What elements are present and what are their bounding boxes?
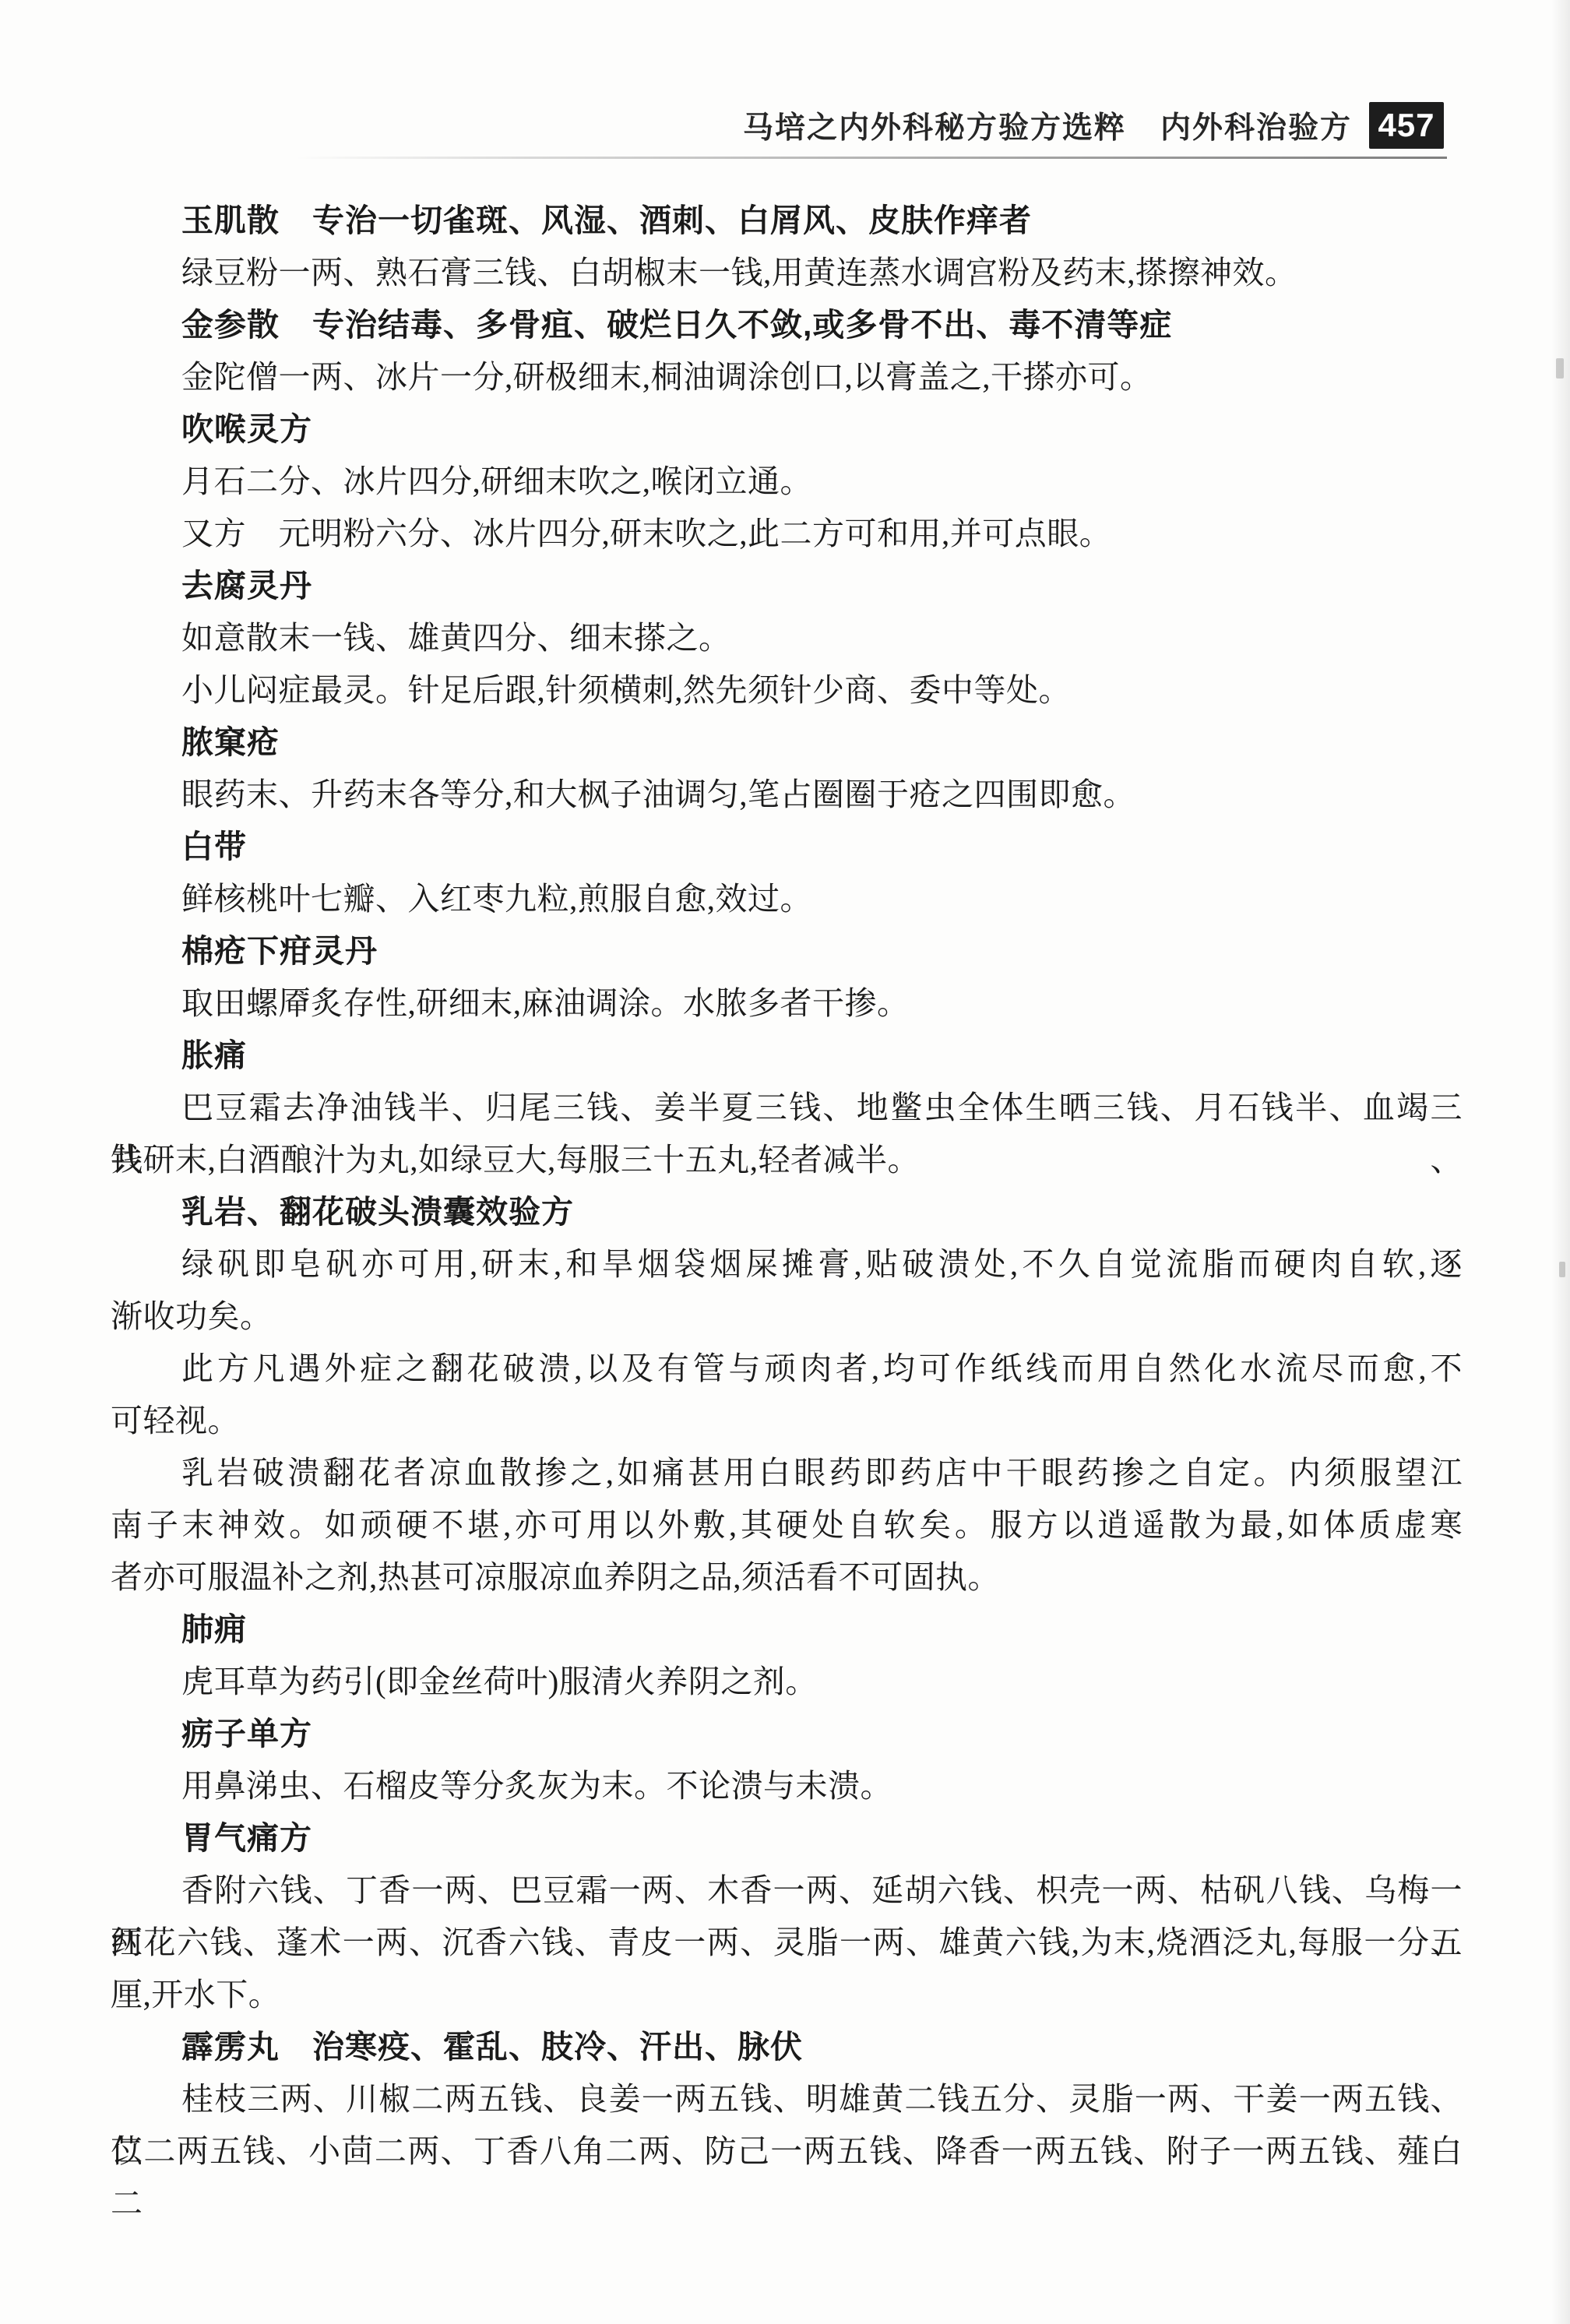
recipe-heading: 乳岩、翻花破头溃囊效验方 bbox=[111, 1186, 1463, 1238]
recipe-heading: 金参散 专治结毒、多骨疽、破烂日久不敛,或多骨不出、毒不清等症 bbox=[111, 299, 1463, 351]
body-text-line: 月石二分、冰片四分,研细末吹之,喉闭立通。 bbox=[111, 456, 1463, 508]
body-text-line: 巴豆霜去净油钱半、归尾三钱、姜半夏三钱、地鳖虫全体生晒三钱、月石钱半、血竭三钱、 bbox=[111, 1082, 1463, 1134]
book-title: 马培之内外科秘方验方选粹 bbox=[743, 104, 1126, 147]
body-text-line: 绿豆粉一两、熟石膏三钱、白胡椒末一钱,用黄连蒸水调宫粉及药末,搽擦神效。 bbox=[111, 247, 1463, 299]
body-text-line: 可轻视。 bbox=[111, 1395, 1463, 1447]
recipe-heading: 玉肌散 专治一切雀斑、风湿、酒刺、白屑风、皮肤作痒者 bbox=[111, 195, 1463, 247]
page-number-badge: 457 bbox=[1369, 102, 1444, 149]
body-text-line: 取田螺厣炙存性,研细末,麻油调涂。水脓多者干掺。 bbox=[111, 977, 1463, 1030]
scan-speck bbox=[1559, 1262, 1565, 1277]
recipe-heading: 胀痛 bbox=[111, 1030, 1463, 1082]
recipe-heading: 疬子单方 bbox=[111, 1708, 1463, 1760]
recipe-heading: 脓窠疮 bbox=[111, 717, 1463, 769]
body-text-line: 如意散末一钱、雄黄四分、细末搽之。 bbox=[111, 612, 1463, 664]
body-text-line: 红花六钱、蓬术一两、沉香六钱、青皮一两、灵脂一两、雄黄六钱,为末,烧酒泛丸,每服… bbox=[111, 1917, 1463, 1969]
recipe-heading: 棉疮下疳灵丹 bbox=[111, 925, 1463, 977]
scanned-book-page: 马培之内外科秘方验方选粹 内外科治验方 457 玉肌散 专治一切雀斑、风湿、酒刺… bbox=[0, 0, 1570, 2324]
body-text-line: 虎耳草为药引(即金丝荷叶)服清火养阴之剂。 bbox=[111, 1656, 1463, 1708]
body-text-line: 仁二两五钱、小茴二两、丁香八角二两、防己一两五钱、降香一两五钱、附子一两五钱、薤… bbox=[111, 2125, 1463, 2178]
header-rule bbox=[296, 157, 1447, 159]
page-number: 457 bbox=[1378, 107, 1434, 144]
body-text-line: 香附六钱、丁香一两、巴豆霜一两、木香一两、延胡六钱、枳壳一两、枯矾八钱、乌梅一两… bbox=[111, 1864, 1463, 1917]
body-text-line: 此方凡遇外症之翻花破溃,以及有管与顽肉者,均可作纸线而用自然化水流尽而愈,不 bbox=[111, 1343, 1463, 1395]
body-text-line: 小儿闷症最灵。针足后跟,针须横刺,然先须针少商、委中等处。 bbox=[111, 664, 1463, 717]
body-text-line: 又方 元明粉六分、冰片四分,研末吹之,此二方可和用,并可点眼。 bbox=[111, 508, 1463, 560]
body-text-line: 绿矾即皂矾亦可用,研末,和旱烟袋烟屎摊膏,贴破溃处,不久自觉流脂而硬肉自软,逐 bbox=[111, 1238, 1463, 1291]
body-text-line: 渐收功矣。 bbox=[111, 1291, 1463, 1343]
body-text-line: 者亦可服温补之剂,热甚可凉服凉血养阴之品,须活看不可固执。 bbox=[111, 1551, 1463, 1604]
body-text-line: 眼药末、升药末各等分,和大枫子油调匀,笔占圈圈于疮之四围即愈。 bbox=[111, 769, 1463, 821]
recipe-heading: 霹雳丸 治寒疫、霍乱、肢冷、汗出、脉伏 bbox=[111, 2021, 1463, 2073]
body-text-line: 厘,开水下。 bbox=[111, 1969, 1463, 2021]
body-text-line: 桂枝三两、川椒二两五钱、良姜一两五钱、明雄黄二钱五分、灵脂一两、干姜一两五钱、苡 bbox=[111, 2073, 1463, 2125]
body-text-line: 鲜核桃叶七瓣、入红枣九粒,煎服自愈,效过。 bbox=[111, 873, 1463, 925]
body-text-line: 乳岩破溃翻花者凉血散掺之,如痛甚用白眼药即药店中干眼药掺之自定。内须服望江 bbox=[111, 1447, 1463, 1499]
recipe-heading: 肺痈 bbox=[111, 1604, 1463, 1656]
recipe-heading: 去腐灵丹 bbox=[111, 560, 1463, 612]
scan-edge-shadow bbox=[1551, 0, 1570, 2324]
chapter-title: 内外科治验方 bbox=[1160, 104, 1352, 147]
page-header: 马培之内外科秘方验方选粹 内外科治验方 457 bbox=[0, 100, 1444, 151]
scan-speck bbox=[1556, 358, 1564, 379]
running-head: 马培之内外科秘方验方选粹 内外科治验方 bbox=[743, 104, 1352, 147]
recipe-heading: 胃气痛方 bbox=[111, 1812, 1463, 1864]
body-text-line: 金陀僧一两、冰片一分,研极细末,桐油调涂创口,以膏盖之,干搽亦可。 bbox=[111, 351, 1463, 403]
recipe-heading: 白带 bbox=[111, 821, 1463, 873]
body-text-line: 南子末神效。如顽硬不堪,亦可用以外敷,其硬处自软矣。服方以逍遥散为最,如体质虚寒 bbox=[111, 1499, 1463, 1551]
body-text-line: 用鼻涕虫、石榴皮等分炙灰为末。不论溃与未溃。 bbox=[111, 1760, 1463, 1812]
page-body: 玉肌散 专治一切雀斑、风湿、酒刺、白屑风、皮肤作痒者绿豆粉一两、熟石膏三钱、白胡… bbox=[111, 195, 1463, 2178]
recipe-heading: 吹喉灵方 bbox=[111, 403, 1463, 456]
